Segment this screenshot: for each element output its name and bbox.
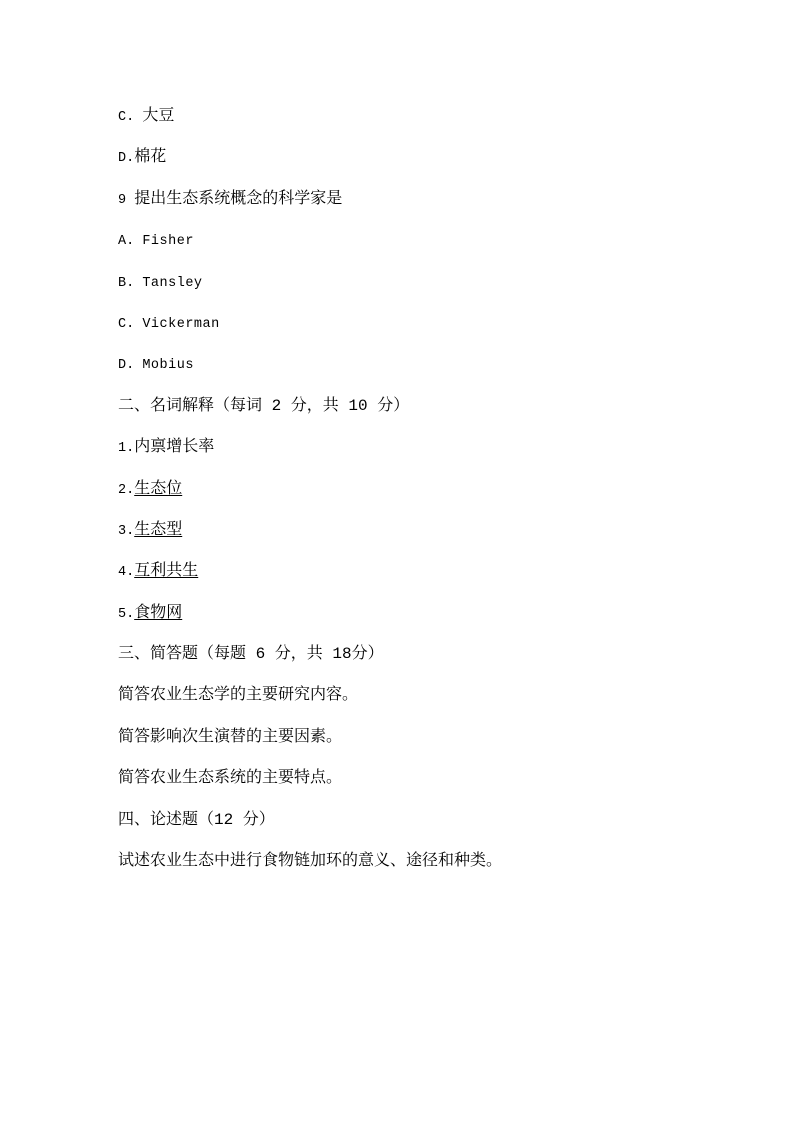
mc-option-c: C. 大豆: [118, 106, 748, 147]
section-3-heading: 三、简答题（每题 6 分，共 18分）: [118, 644, 748, 685]
item-number: 2.: [118, 483, 134, 498]
mc-option-d: D. Mobius: [118, 354, 748, 395]
term-text: 互利共生: [134, 562, 198, 580]
term-text: 食物网: [134, 604, 182, 622]
question-number: 9: [118, 193, 134, 208]
term-item-5: 5.食物网: [118, 603, 748, 644]
short-answer-1: 简答农业生态学的主要研究内容。: [118, 685, 748, 726]
question-text: 简答影响次生演替的主要因素。: [118, 728, 342, 746]
option-letter: D.: [118, 151, 134, 166]
question-text: 简答农业生态学的主要研究内容。: [118, 686, 358, 704]
heading-text: 二、名词解释（每词 2 分，共 10 分）: [118, 397, 409, 415]
heading-text: 四、论述题（12 分）: [118, 811, 275, 829]
short-answer-3: 简答农业生态系统的主要特点。: [118, 768, 748, 809]
document-body: C. 大豆 D.棉花 9 提出生态系统概念的科学家是 A. Fisher B. …: [118, 106, 748, 892]
document-page: C. 大豆 D.棉花 9 提出生态系统概念的科学家是 A. Fisher B. …: [0, 0, 794, 1123]
option-text: 大豆: [142, 107, 174, 125]
term-text: 生态位: [134, 480, 182, 498]
option-letter: C.: [118, 317, 142, 332]
option-letter: A.: [118, 234, 142, 249]
question-text: 简答农业生态系统的主要特点。: [118, 769, 342, 787]
term-item-4: 4.互利共生: [118, 561, 748, 602]
heading-text: 三、简答题（每题 6 分，共 18分）: [118, 645, 384, 663]
term-item-1: 1.内禀增长率: [118, 437, 748, 478]
term-text: 生态型: [134, 521, 182, 539]
option-text: 棉花: [134, 148, 166, 166]
option-text: Tansley: [142, 276, 202, 291]
section-4-heading: 四、论述题（12 分）: [118, 810, 748, 851]
essay-question: 试述农业生态中进行食物链加环的意义、途径和种类。: [118, 851, 748, 892]
question-text: 试述农业生态中进行食物链加环的意义、途径和种类。: [118, 852, 502, 870]
option-letter: B.: [118, 276, 142, 291]
option-letter: D.: [118, 358, 142, 373]
mc-option-d: D.棉花: [118, 147, 748, 188]
mc-option-c: C. Vickerman: [118, 313, 748, 354]
question-text: 提出生态系统概念的科学家是: [134, 190, 342, 208]
mc-option-b: B. Tansley: [118, 272, 748, 313]
item-number: 3.: [118, 524, 134, 539]
option-text: Mobius: [142, 358, 194, 373]
section-2-heading: 二、名词解释（每词 2 分，共 10 分）: [118, 396, 748, 437]
item-number: 1.: [118, 441, 134, 456]
item-number: 4.: [118, 565, 134, 580]
option-letter: C.: [118, 110, 142, 125]
question-9-stem: 9 提出生态系统概念的科学家是: [118, 189, 748, 230]
short-answer-2: 简答影响次生演替的主要因素。: [118, 727, 748, 768]
term-text: 内禀增长率: [134, 438, 214, 456]
mc-option-a: A. Fisher: [118, 230, 748, 271]
option-text: Fisher: [142, 234, 194, 249]
term-item-3: 3.生态型: [118, 520, 748, 561]
option-text: Vickerman: [142, 317, 219, 332]
item-number: 5.: [118, 607, 134, 622]
term-item-2: 2.生态位: [118, 479, 748, 520]
